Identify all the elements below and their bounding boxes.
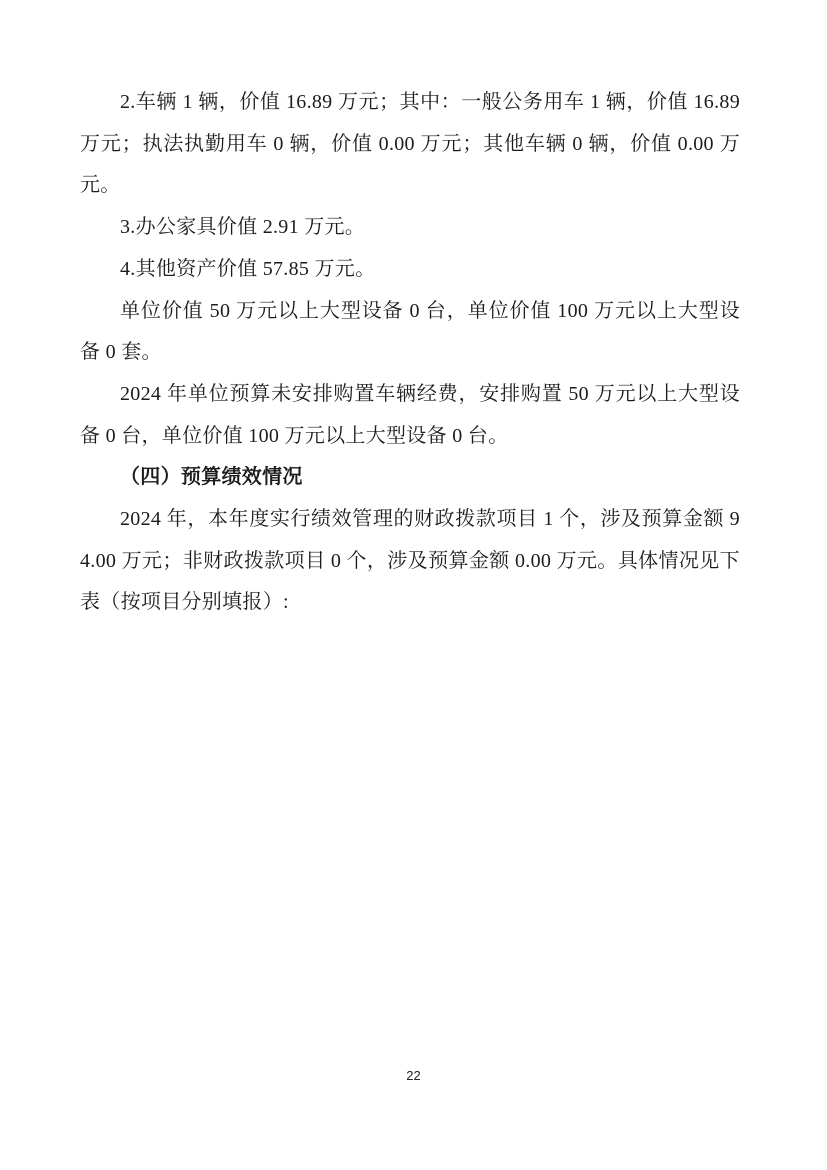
page-number: 22: [0, 1068, 827, 1083]
paragraph-other-assets: 4.其他资产价值 57.85 万元。: [80, 249, 740, 291]
paragraph-large-equipment: 单位价值 50 万元以上大型设备 0 台，单位价值 100 万元以上大型设备 0…: [80, 291, 740, 374]
section-heading-budget-performance: （四）预算绩效情况: [80, 457, 740, 499]
paragraph-vehicles: 2.车辆 1 辆，价值 16.89 万元；其中：一般公务用车 1 辆，价值 16…: [80, 82, 740, 207]
paragraph-office-furniture: 3.办公家具价值 2.91 万元。: [80, 207, 740, 249]
paragraph-2024-budget-equipment: 2024 年单位预算未安排购置车辆经费，安排购置 50 万元以上大型设备 0 台…: [80, 374, 740, 457]
document-page: 2.车辆 1 辆，价值 16.89 万元；其中：一般公务用车 1 辆，价值 16…: [0, 0, 827, 1170]
document-body: 2.车辆 1 辆，价值 16.89 万元；其中：一般公务用车 1 辆，价值 16…: [80, 82, 740, 624]
paragraph-performance-management: 2024 年，本年度实行绩效管理的财政拨款项目 1 个，涉及预算金额 94.00…: [80, 499, 740, 624]
